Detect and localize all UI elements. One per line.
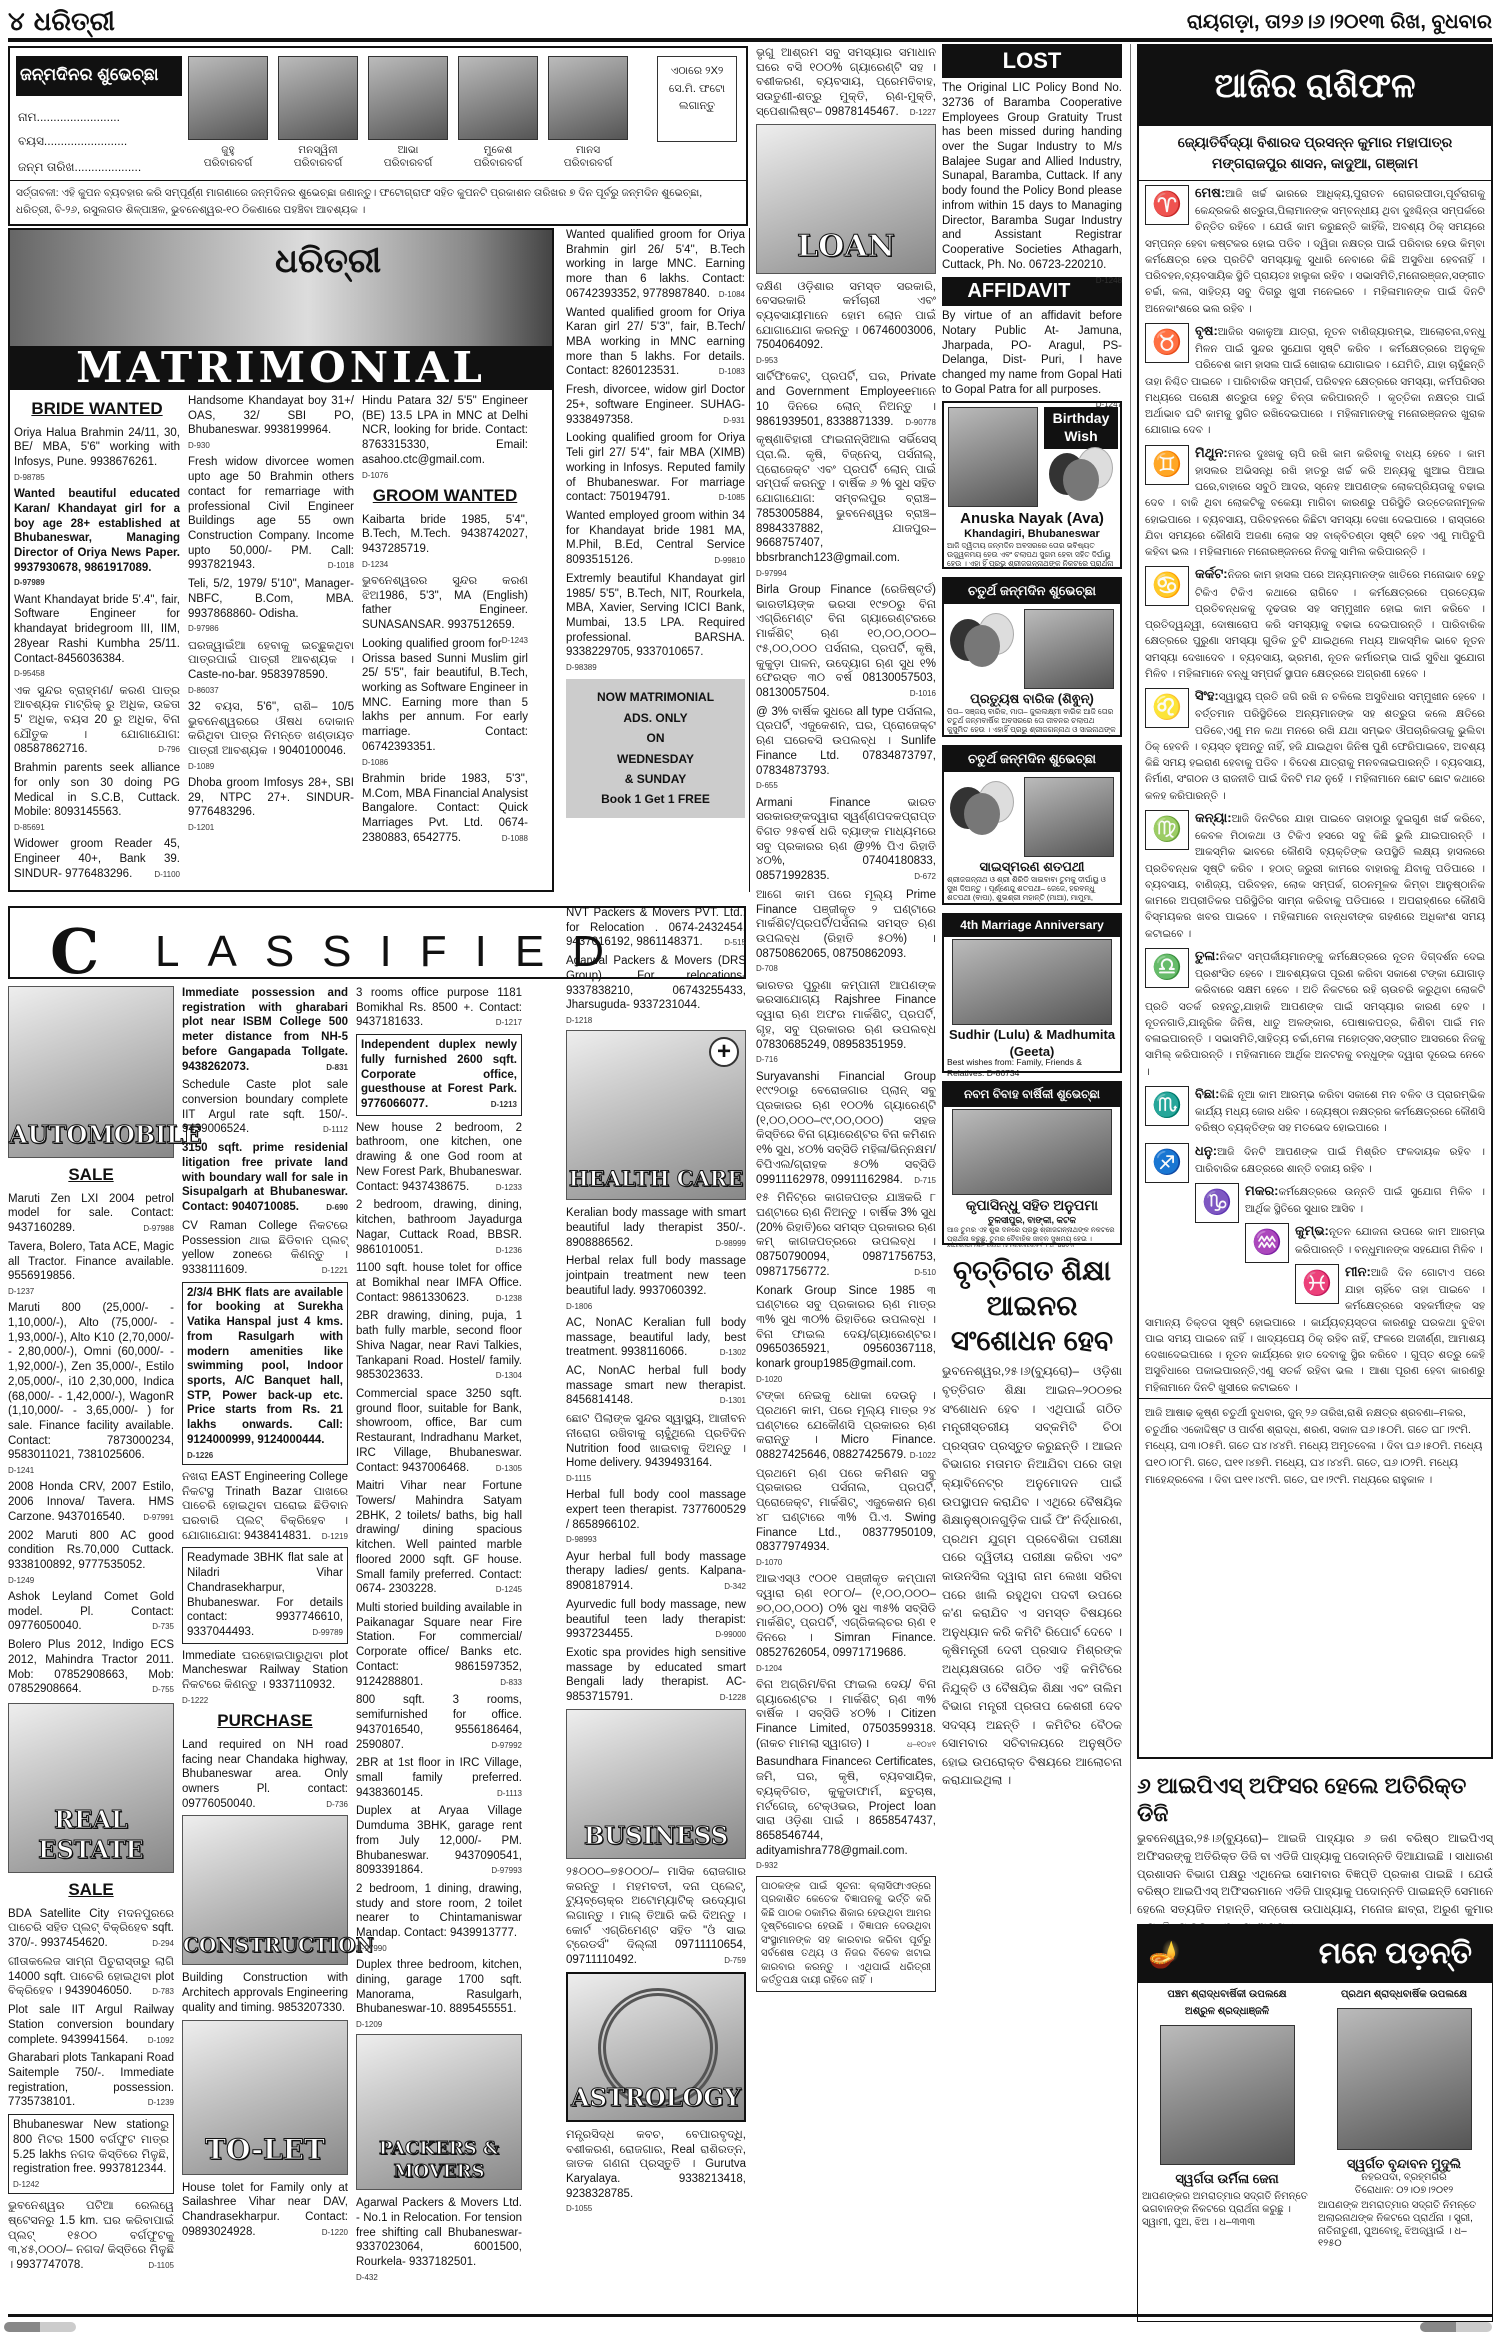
loan-column: ଭୃଗୁ ଆଶ୍ରମ ସବୁ ସମସ୍ୟାର ସମାଧାନ ଘରେ ବସି ୧୦… (756, 46, 936, 1997)
greeting-heading: 4th Marriage Anniversary (944, 915, 1120, 936)
classified-ad: Wanted qualified groom for Oriya Karan g… (566, 306, 745, 380)
classified-c: C (50, 912, 99, 991)
gemini-icon: ♊ (1145, 445, 1189, 485)
matrimonial-col-1: BRIDE WANTED Oriya Halua Brahmin 24/11, … (14, 394, 180, 885)
sign-leo: ♌ସିଂହ:ସ୍ୱାସ୍ଥ୍ୟ ପ୍ରତି ଜଗି ରଖି ନ ଚଳିଲେ ଅସ… (1139, 684, 1491, 806)
aries-icon: ♈ (1145, 185, 1189, 225)
news-headline: ୬ ଆଇପିଏସ୍ ଅଫିସର ହେଲେ ଅତିରିକ୍ତ ଡିଜି (1137, 1772, 1493, 1827)
classified-ad: ମନ୍ତ୍ରସିଦ୍ଧ କବଚ, ବେପାରବୃଦ୍ଧି, ବଶୀକରଣ, ରୋ… (566, 2128, 746, 2215)
classified-ad: 800 sqft. 3 rooms, semifurnished for off… (356, 1693, 522, 1752)
news-body: ଭୁବନେଶ୍ୱର,୨୫।୬(ବ୍ୟୁରୋ)– ଆଇଜି ପାହ୍ୟାର ୬ ଜ… (1137, 1831, 1493, 1938)
plus-icon: + (709, 1037, 739, 1067)
greeting-message: ଆଜି ଦ୍ୱିତୀୟ ଜନ୍ମଦିନ ଅବସରରେ ତୋର ଭବିଷ୍ୟତ ଉ… (947, 541, 1117, 569)
almanac: ଆଜି ଆଷାଢ କୃଷ୍ଣ ଚତୁର୍ଥୀ ବୁଧବାର, ଜୁନ୍ ୨୬ ତ… (1139, 1398, 1491, 1495)
photo-name: ମୁକେଶ (458, 144, 538, 157)
news-headline: ବୃତ୍ତିଗତ ଶିକ୍ଷା ଆଇନର ସଂଶୋଧନ ହେବ (942, 1253, 1122, 1358)
classified-ad: ଘରଜ୍ୱାଇଁଆ ହେବାକୁ ଇଚ୍ଛୁକଥିବା ପାତ୍ରପାଇଁ ପା… (188, 639, 354, 696)
photo-name: ଜୁହୁ (188, 144, 268, 157)
footer-tab-left (4, 2322, 76, 2332)
sagittarius-icon: ♐ (1145, 1143, 1189, 1183)
classified-ad: NVT Packers & Movers PVT. Ltd.: for Relo… (566, 906, 746, 950)
classified-ad: 3 rooms office purpose 1181 Bomikhal Rs.… (356, 986, 522, 1030)
classified-ad: Konark Group Since 1985 ୩ ଘଣ୍ଟାରେ ସବୁ ପ୍… (756, 1284, 936, 1386)
classified-ad: Gharabari plots Tankapani Road Saitemple… (8, 2051, 174, 2110)
classified-ad: Basundhara Financeର Certificates, ଜମି, ଘ… (756, 1755, 936, 1871)
photo-sub: ପରିବାରବର୍ଗ (188, 157, 268, 170)
classified-ad: Agarwal Packers & Movers Ltd. - No.1 in … (356, 2196, 522, 2283)
capricorn-icon: ♑ (1195, 1183, 1239, 1223)
classified-ad: Immediate possession and registration wi… (182, 986, 348, 1074)
leo-icon: ♌ (1145, 688, 1189, 728)
classified-ad: Herbal full body cool massage expert tee… (566, 1488, 746, 1545)
business-image: BUSINESS (566, 1709, 746, 1859)
sign-sagittarius: ♐ଧନୁ:ଆଜି ଦିନଟି ଆପଣଙ୍କ ପାଇଁ ମିଶ୍ରିତ ଫଳଦାୟ… (1139, 1139, 1491, 1179)
to-let-image: TO-LET (182, 2020, 348, 2175)
classified-ad: Wanted qualified groom for Oriya Brahmin… (566, 228, 745, 302)
classified-ad: Duplex three bedroom, kitchen, dining, g… (356, 1958, 522, 2030)
classified-ad: ବିନା ଅଗ୍ରିମ/ବିନା ଫାଇଲ ଦେୟ/ ବିନା ଗ୍ୟାରେଣ୍… (756, 1678, 936, 1752)
greeting-name: Sudhir (Lulu) & Madhumita (Geeta) (944, 1027, 1120, 1061)
classified-ad: Ayur herbal full body massage therapy la… (566, 1550, 746, 1594)
news-ips-promotion: ୬ ଆଇପିଏସ୍ ଅଫିସର ହେଲେ ଅତିରିକ୍ତ ଡିଜି ଭୁବନେ… (1137, 1768, 1493, 1938)
classified-ad: ଭାରତର ପୁରୁଣା କମ୍ପାନୀ ଆପଣଙ୍କ ଭରସାଯୋଗ୍ୟ Ra… (756, 979, 936, 1066)
photo (952, 1109, 1112, 1195)
dateline: ରାୟଗଡ଼ା, ତା୨୬।୬।୨୦୧୩ ରିଖ, ବୁଧବାର (1187, 10, 1492, 36)
sign-libra: ♎ତୁଳା:ନିକଟ ସମ୍ପର୍କୀୟମାନଙ୍କୁ କର୍ମକ୍ଷେତ୍ରର… (1139, 944, 1491, 1082)
classified-ad: Teli, 5/2, 1979/ 5'10", Manager- NBFC, B… (188, 577, 354, 634)
classified-ad: Ashok Leyland Comet Gold model. Pl. Cont… (8, 1590, 174, 1634)
masthead: ୪ ଧରିତ୍ରୀ ରାୟଗଡ଼ା, ତା୨୬।୬।୨୦୧୩ ରିଖ, ବୁଧବ… (8, 4, 1492, 42)
astrology-image: ASTROLOGY (566, 1972, 746, 2122)
libra-icon: ♎ (1145, 948, 1189, 988)
loan-image: LOAN (756, 124, 936, 274)
greeting-heading: ଚତୁର୍ଥ ଜନ୍ମଦିନ ଶୁଭେଚ୍ଛା (944, 747, 1120, 772)
dob-field: ଜନ୍ମ ତାରିଖ.................... (18, 160, 141, 175)
classified-ad: Plot sale IIT Argul Railway Station conv… (8, 2003, 174, 2047)
sign-aquarius: ♒କୁମ୍ଭ:ନୂତନ ଯୋଜନା ଉପରେ କାମ ଆରମ୍ଭ କରିପାରନ… (1139, 1219, 1491, 1259)
classified-ad: ଟଙ୍କା ନେଇକୁ ଧୋକା ଦେଉନୁ । ପ୍ରଥମେ କାମ, ପରେ… (756, 1389, 936, 1463)
photo-name: ମାନସ (548, 144, 628, 157)
classified-ad: @ 3% ବାର୍ଷିକ ସୁଧରେ all type ପର୍ସନାଲ, ପ୍ର… (756, 705, 936, 792)
photo (1160, 2025, 1295, 2165)
classified-ad: Keralian body massage with smart beautif… (566, 1206, 746, 1250)
lamp-icon: 🪔 (1148, 1925, 1180, 1983)
coupon-title: ଜନ୍ମଦିନର ଶୁଭେଚ୍ଛା (16, 56, 182, 96)
classified-ad: Maruti Zen LXI 2004 petrol model for sal… (8, 1192, 174, 1236)
classified-ad: Commercial space 3250 sqft. ground floor… (356, 1387, 522, 1475)
photo-sub: ପରିବାରବର୍ଗ (548, 157, 628, 170)
classified-col-2: Immediate possession and registration wi… (182, 986, 348, 2243)
classified-ad: Duplex at Aryaa Village Dumduma 3BHK, ga… (356, 1804, 522, 1878)
classified-col-1: AUTOMOBILE SALE Maruti Zen LXI 2004 petr… (8, 986, 174, 2277)
real-estate-image: REAL ESTATE (8, 1703, 174, 1873)
classified-ad: ଗୀତାକଲେଜ ସାମ୍ନା ପିଚୁରାସ୍ତାରୁ ଲାଗି 14000 … (8, 1955, 174, 1999)
classified-ad: Bhubaneswar New stationରୁ 800 ମିଟର 1500 … (8, 2114, 174, 2194)
classified-ad: ପ୍ରଥମେ ଋଣ ପରେ କମିଶନ ସବୁ ପ୍ରକାରର ପର୍ସନାଲ,… (756, 1467, 936, 1569)
lost-notice: The Original LIC Policy Bond No. 32736 o… (942, 81, 1122, 272)
virgo-icon: ♍ (1145, 810, 1189, 850)
matrimonial-col-2: Handsome Khandayat boy 31+/ OAS, 32/ SBI… (188, 394, 354, 837)
classified-ad: Fresh, divorcee, widow girl Doctor 25+, … (566, 383, 745, 427)
classified-ad: Agarwal Packers & Movers (DRS Group). Fo… (566, 954, 746, 1026)
matrimonial-col-3: Hindu Patara 32/ 5'5" Engineer (BE) 13.5… (362, 394, 528, 849)
classified-ad: Herbal relax full body massage jointpain… (566, 1254, 746, 1311)
sign-gemini: ♊ମିଥୁନ:ମନର ଦୁଃଖକୁ ଚାପି ରଖି କାମ କରିବାକୁ ବ… (1139, 441, 1491, 563)
classified-ad: ଭୃଗୁ ଆଶ୍ରମ ସବୁ ସମସ୍ୟାର ସମାଧାନ ଘରେ ବସି ୧୦… (756, 46, 936, 120)
greeting-name: ସାଇସ୍ମରଣ ଶତପଥୀ (944, 859, 1120, 876)
name-field: ନାମ......................... (18, 110, 120, 125)
classified-ad: Multi storied building available in Paik… (356, 1601, 522, 1689)
taurus-icon: ♉ (1145, 323, 1189, 363)
column-divider (1130, 44, 1131, 1914)
matrimonial-title: MATRIMONIAL (10, 346, 552, 390)
photo-sub: ପରିବାରବର୍ଗ (368, 157, 448, 170)
classified-ad: Maitri Vihar near Fortune Towers/ Mahind… (356, 1479, 522, 1597)
classified-ad: AC, NonAC herbal full body massage smart… (566, 1364, 746, 1408)
balloons-icon (950, 781, 1020, 871)
aquarius-icon: ♒ (1245, 1223, 1289, 1263)
matrimonial-section: ଧରିତ୍ରୀ MATRIMONIAL BRIDE WANTED Oriya H… (8, 228, 554, 892)
anniversary-ad: 4th Marriage Anniversary Sudhir (Lulu) &… (942, 913, 1122, 1073)
pisces-icon: ♓ (1295, 1264, 1339, 1304)
classified-ad: Maruti 800 (25,000/- - 1,10,000/-), Alto… (8, 1301, 174, 1476)
matrimonial-banner: ଧରିତ୍ରୀ MATRIMONIAL (10, 230, 552, 390)
classified-ad: Bolero Plus 2012, Indigo ECS 2012, Mahin… (8, 1638, 174, 1697)
classified-ad: 2BR drawing, dining, puja, 1 bath fully … (356, 1309, 522, 1383)
sign-pisces: ♓ମୀନ:ଆଜି ଦିନ ଗୋଟାଏ ପରେ ଯାହା ଚାହିଁବେ ତାହା… (1139, 1260, 1491, 1398)
classified-ad: Wanted employed groom within 34 for Khan… (566, 509, 745, 568)
classified-ad: Brahmin bride 1983, 5'3", M.Com, MBA Fin… (362, 772, 528, 846)
photo (1024, 777, 1114, 857)
sale-heading: SALE (8, 1164, 174, 1186)
classified-ad: Tavera, Bolero, Tata ACE, Magic all Trac… (8, 1240, 174, 1297)
classified-ad: CV Raman College ନିକଟରେ Possession ଥାଇ ଛ… (182, 1219, 348, 1278)
classified-ad: 2002 Maruti 800 AC good condition Rs.70,… (8, 1529, 174, 1586)
purchase-heading: PURCHASE (182, 1710, 348, 1732)
greeting-name: ପ୍ରତ୍ୟୁଷ ବାରିକ (ଶିଵୁନ୍) (944, 691, 1120, 708)
classified-ad: Dhoba groom Imfosys 28+, SBI 29, NTPC 27… (188, 776, 354, 833)
classified-ad: 2 bedroom, 1 dining, drawing, study and … (356, 1882, 522, 1954)
photo (952, 939, 1112, 1025)
classified-ad: Want Khandayat bride 5'.4", fair, Softwa… (14, 593, 180, 680)
classified-ad: 32 ବୟସ, 5'6'', ରାଶି– 10/5 ଭୁବନେଶ୍ୱରରେ ଔଷ… (188, 700, 354, 772)
classified-ad: 3150 sqft. prime residenial litigation f… (182, 1141, 348, 1215)
greeting-name: କୃପାସିନ୍ଧୁ ସହିତ ଅନୁପମା (944, 1197, 1120, 1215)
sign-aries: ♈ମେଷ:ଆଜି ଖର୍ଚ୍ଚ ଭାରରେ ଆଧିକ୍ୟ,ପୁରାତନ ରୋଗର… (1139, 181, 1491, 319)
promo-box: NOW MATRIMONIALADS. ONLYONWEDNESDAY& SUN… (566, 679, 745, 817)
classified-ad: ନଖରା EAST Engineering College ନିକଟସ୍ଥ Tr… (182, 1470, 348, 1544)
classified-ad: ଏକ ସୁନ୍ଦର ବ୍ରାହ୍ମଣ/ କରଣ ପାତ୍ର ଆବଶ୍ୟକ ମାଟ… (14, 684, 180, 758)
classified-ad: ଭୁବନେଶ୍ୱରର ସୁନ୍ଦର କରଣ ଝିଅ1986, 5'3", MA … (362, 574, 528, 633)
scorpio-icon: ♏ (1145, 1086, 1189, 1126)
coupon-terms: ସର୍ତ୍ତାବଳୀ: ଏହି କୁପନ ବ୍ୟବହାର କରି ସମ୍ପୂର୍… (10, 180, 746, 223)
photo (368, 56, 448, 140)
sign-cancer: ♋କର୍କଟ:ନିଜର କାମ ହାସଲ ପରେ ଅନ୍ୟମାନଙ୍କ ଖାତି… (1139, 562, 1491, 684)
classified-ad: 2/3/4 BHK flats are available for bookin… (182, 1282, 348, 1465)
birthday-ad: ଚତୁର୍ଥ ଜନ୍ମଦିନ ଶୁଭେଚ୍ଛା ପ୍ରତ୍ୟୁଷ ବାରିକ (… (942, 577, 1122, 737)
greeting-name: Anuska Nayak (Ava) (944, 509, 1120, 528)
obituary-right: ପ୍ରଥମ ଶ୍ରାଦ୍ଧବାର୍ଷିକ ଉପଲକ୍ଷେ ସ୍ୱର୍ଗତ ବୃନ… (1318, 1989, 1490, 2251)
classified-ad: ଛୋଟ ପିଲାଙ୍କ ସୁନ୍ଦର ସ୍ୱାସ୍ଥ୍ୟ, ଆଜୀବନ ନୀରୋ… (566, 1412, 746, 1484)
photo (188, 56, 268, 140)
page-label: ୪ ଧରିତ୍ରୀ (8, 6, 115, 39)
sign-virgo: ♍କନ୍ୟା:ଆଜି ଦିନଟିରେ ଯାହା ପାଇବେ ତାହାଠାରୁ ଦ… (1139, 806, 1491, 944)
balloons-icon (950, 613, 1020, 703)
construction-image: CONSTRUCTION (182, 1815, 348, 1965)
classified-ad: Ayurvedic full body massage, new beautif… (566, 1598, 746, 1642)
classified-col-3: 3 rooms office purpose 1181 Bomikhal Rs.… (356, 986, 522, 2287)
affidavit-notice: By virtue of an affidavit before Notary … (942, 309, 1122, 397)
classified-ad: Birla Group Finance (ରେଜିଷ୍ଟର୍ଡ) ଭାରତୀୟଙ… (756, 583, 936, 701)
classified-ad: Brahmin parents seek alliance for only s… (14, 761, 180, 833)
age-field: ବୟସ......................... (18, 134, 127, 149)
birthday-ad: ଚତୁର୍ଥ ଜନ୍ମଦିନ ଶୁଭେଚ୍ଛା ସାଇସ୍ମରଣ ଶତପଥୀ ଶ… (942, 745, 1122, 905)
classified-ad: Looking qualified groom for Oriya Teli g… (566, 431, 745, 505)
classified-ad: Hindu Patara 32/ 5'5" Engineer (BE) 13.5… (362, 394, 528, 481)
photo (458, 56, 538, 140)
page-footer-rule (8, 2314, 1492, 2317)
anniversary-ad: ନବମ ବିବାହ ବାର୍ଷିକୀ ଶୁଭେଚ୍ଛା କୃପାସିନ୍ଧୁ ସ… (942, 1081, 1122, 1245)
sale-heading: SALE (8, 1879, 174, 1901)
greeting-place: ତୁଳସୀପୁର, ବାଙ୍କୀ, କଟକ (944, 1215, 1120, 1227)
classified-ad: Handsome Khandayat boy 31+/ OAS, 32/ SBI… (188, 394, 354, 451)
lost-heading: LOST (942, 44, 1122, 78)
birthday-wish-ad: Birthday Wish Anuska Nayak (Ava) Khandag… (942, 401, 1122, 569)
photo-name: ଆଭା (368, 144, 448, 157)
classified-ad: ଦକ୍ଷିଣ ଓଡ଼ିଶାର ସମସ୍ତ ସରକାରି, ବେସରକାରି କର… (756, 280, 936, 367)
classified-ad: ୨୫୦୦୦–୭୫୦୦୦/– ମାସିକ ରୋଜଗାର କରନ୍ତୁ । ମହମବ… (566, 1865, 746, 1968)
obituary-left: ପଞ୍ଚମ ଶ୍ରାଦ୍ଧବାର୍ଷିକୀ ଉପଲକ୍ଷେ ଅଶ୍ରୁଳ ଶ୍ର… (1142, 1989, 1312, 2230)
classified-ad: 2008 Honda CRV, 2007 Estilo, 2006 Innova… (8, 1480, 174, 1524)
greeting-message: ପିତା– ସଞ୍ଜୟ ବାରିକ, ମାତା– ଜୁଲଲକ୍ଷ୍ମୀ ବାରି… (947, 707, 1117, 737)
horoscope-title: ଆଜିର ରାଶିଫଳ (1139, 46, 1491, 126)
automobile-image: AUTOMOBILE (8, 986, 174, 1158)
classified-ad: Wanted beautiful educated Karan/ Khanday… (14, 487, 180, 589)
greeting-heading: ନବମ ବିବାହ ବାର୍ଷିକୀ ଶୁଭେଚ୍ଛା (944, 1083, 1120, 1106)
classified-ad: Armani Finance ଭାରତ ସରକାରଙ୍କଦ୍ୱାରା ସ୍ୱର୍… (756, 796, 936, 884)
sign-taurus: ♉ବୃଷ:ଆଜିର ସକାଳୁଆ ଯାତ୍ରା, ନୂତନ ବାଣିଜ୍ୟାରମ… (1139, 319, 1491, 441)
photo (948, 407, 1038, 507)
obituary-section: 🪔ମନେ ପଡ଼ନ୍ତି ପଞ୍ଚମ ଶ୍ରାଦ୍ଧବାର୍ଷିକୀ ଉପଲକ୍… (1137, 1924, 1493, 2322)
classified-ad: Looking qualified groom for Orissa based… (362, 637, 528, 768)
classified-ad: Widower groom Reader 45, Engineer 40+, B… (14, 837, 180, 881)
classified-ad: ସାର୍ଟିଫିକେଟ୍, ପ୍ରପର୍ଟି, ଘର, Private and … (756, 370, 936, 429)
obituary-title: 🪔ମନେ ପଡ଼ନ୍ତି (1138, 1925, 1492, 1983)
classified-ad: Independent duplex newly fully furnished… (356, 1034, 522, 1116)
notices-column: LOST The Original LIC Policy Bond No. 32… (942, 44, 1122, 1790)
packers-movers-image: PACKERS & MOVERS (356, 2034, 522, 2190)
photo (278, 56, 358, 140)
greeting-place: Khandagiri, Bhubaneswar (944, 527, 1120, 541)
horoscope-byline: ଜ୍ୟୋତିର୍ବିଦ୍ୟା ବିଶାରଦ ପ୍ରସନ୍ନ କୁମାର ମହାପ… (1139, 126, 1491, 181)
classified-ad: New house 2 bedroom, 2 bathroom, one kit… (356, 1121, 522, 1195)
classified-ad: 1100 sqft. house tolet for office at Bom… (356, 1261, 522, 1305)
classified-ad: Schedule Caste plot sale conversion boun… (182, 1078, 348, 1137)
classified-ad: ଭୁବନେଶ୍ୱର ପଟିଆ ରେଲୱେ ଷ୍ଟେସନରୁ 1.5 km. ଘର… (8, 2199, 174, 2273)
classified-ad: House tolet for Family only at Sailashre… (182, 2181, 348, 2240)
greeting-message: Best wishes from: Family, Friends & Rela… (947, 1057, 1117, 1079)
classified-ad: Suryavanshi Financial Group ୧୯୯୨ଠାରୁ ବେର… (756, 1070, 936, 1188)
photo-sub: ପରିବାରବର୍ଗ (458, 157, 538, 170)
photo (1024, 609, 1114, 689)
classified-ad: ୧୫ ମିନିଟ୍‌ରେ କାଗଜପତ୍ର ଯାଞ୍ଚକରି ୮ ଘଣ୍ଟାରେ… (756, 1191, 936, 1279)
classified-ad: AC, NonAC Keralian full body massage, be… (566, 1316, 746, 1360)
photo-slot: ଏଠାରେ ୨X୨ ସେ.ମି. ଫଟୋ ଲଗାନ୍ତୁ (657, 56, 737, 142)
groom-wanted-heading: GROOM WANTED (362, 485, 528, 507)
sign-capricorn: ♑ମକର:କର୍ମକ୍ଷେତ୍ରରେ ଉନ୍ନତି ପାଇଁ ସୁଯୋଗ ମିଳ… (1139, 1179, 1491, 1219)
classified-ad: Immediate ଘରହୋଇପାରୁଥିବା plot Mancheswar … (182, 1649, 348, 1706)
classified-ad: Building Construction with Architech app… (182, 1971, 348, 2015)
horoscope-section: ଆଜିର ରାଶିଫଳ ଜ୍ୟୋତିର୍ବିଦ୍ୟା ବିଶାରଦ ପ୍ରସନ୍… (1137, 44, 1493, 1759)
news-body: ଭୁବନେଶ୍ୱର,୨୫।୬(ବ୍ୟୁରୋ)– ଓଡ଼ିଶା ବୃତ୍ତିଗତ … (942, 1362, 1122, 1790)
classified-ad: Land required on NH road facing near Cha… (182, 1738, 348, 1812)
classified-rest: LASSIFIED (155, 924, 632, 980)
footer-tab-right (1420, 2322, 1492, 2332)
greeting-heading: ଚତୁର୍ଥ ଜନ୍ମଦିନ ଶୁଭେଚ୍ଛା (944, 579, 1120, 604)
sign-scorpio: ♏ବିଛା:କିଛି ନୂଆ କାମ ଆରମ୍ଭ କରିବା ସକାଶେ ମନ … (1139, 1082, 1491, 1139)
photo-sub: ପରିବାରବର୍ଗ (278, 157, 358, 170)
classified-ad: ଆଇଏସ୍‌ଓ ୯୦୦୧ ପଞ୍ଜୀକୃତ କମ୍ପାନୀ ଦ୍ୱାରା ଋଣ … (756, 1572, 936, 1674)
photo-name: ମନସ୍ୱିନୀ (278, 144, 358, 157)
classified-ad: Readymade 3BHK flat sale at Niladri Viha… (182, 1547, 348, 1643)
classified-ad: କୃଷ୍ଣାବିହାରୀ ଫାଇନାନ୍ସିଆଲ ସର୍ଭିସେସ୍ ପ୍ରା.… (756, 433, 936, 579)
classified-ad: 2 bedroom, drawing, dining, kitchen, bat… (356, 1198, 522, 1257)
photo (1337, 2008, 1472, 2150)
cancer-icon: ♋ (1145, 566, 1189, 606)
dharitri-logo: ଧରିତ୍ରୀ (275, 240, 381, 284)
reader-notice: ପାଠକଙ୍କ ପାଇଁ ସୂଚନା: କ୍ଲାସିଫାଏଡ୍‌ରେ ପ୍ରକା… (756, 1876, 936, 1992)
bride-wanted-heading: BRIDE WANTED (14, 398, 180, 420)
classified-ad: BDA Satellite City ମଦନପୁରରେ ପାଚେରି ସହିତ … (8, 1907, 174, 1951)
greeting-message: ଶ୍ରୀଜଗନ୍ନାଥ ଓ ଶ୍ରୀ ଶିରିଡି ସାଇବାବା ତୁମକୁ … (947, 875, 1117, 905)
classified-ad: Fresh widow divorcee women upto age 50 B… (188, 455, 354, 573)
classified-ad: ଆଗେ କାମ ପରେ ମୂଲ୍ୟ Prime Finance ପଞ୍ଜୀକୃତ… (756, 888, 936, 975)
health-care-image: + HEALTH CARE (566, 1030, 746, 1200)
classified-ad: Kaibarta bride 1985, 5'4", B.Tech, M.Tec… (362, 513, 528, 570)
classified-ad: Exotic spa provides high sensitive massa… (566, 1646, 746, 1705)
matrimonial-col-4: Wanted qualified groom for Oriya Brahmin… (566, 228, 750, 892)
classified-ad: 2BR at 1st floor in IRC Village, small f… (356, 1756, 522, 1800)
classified-col-4: NVT Packers & Movers PVT. Ltd.: for Relo… (566, 906, 750, 2219)
classified-ad: Oriya Halua Brahmin 24/11, 30, BE/ MBA, … (14, 426, 180, 483)
greeting-message: ଆଜି ତୁମର ଏହି ଶୁଭ ଦିନରେ ପ୍ରଭୁ ଶ୍ରୀଜଗନ୍ନାଥ… (947, 1227, 1117, 1247)
classified-ad: Extremly beautiful Khandayat girl 1985/ … (566, 572, 745, 674)
news-vocational-education: ବୃତ୍ତିଗତ ଶିକ୍ଷା ଆଇନର ସଂଶୋଧନ ହେବ ଭୁବନେଶ୍ୱ… (942, 1253, 1122, 1790)
greeting-heading: Birthday Wish (1044, 407, 1118, 449)
birthday-coupon: ଜନ୍ମଦିନର ଶୁଭେଚ୍ଛା ନାମ...................… (8, 46, 748, 226)
photo (548, 56, 628, 140)
